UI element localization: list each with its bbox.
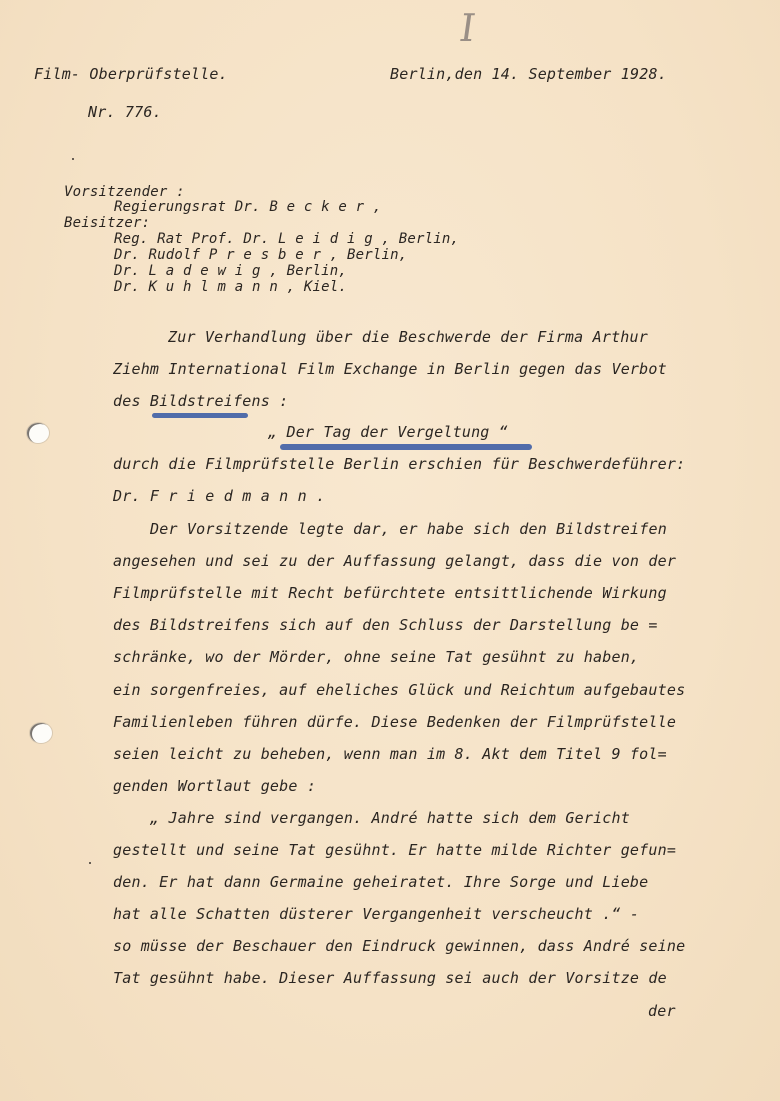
body-line: des Bildstreifens :	[113, 392, 288, 410]
body-line: Familienleben führen dürfe. Diese Bedenk…	[113, 713, 676, 731]
pencil-annotation: I	[457, 6, 478, 50]
body-line: so müsse der Beschauer den Eindruck gewi…	[113, 937, 685, 955]
body-line: angesehen und sei zu der Auffassung gela…	[113, 552, 676, 570]
body-line: des Bildstreifens sich auf den Schluss d…	[113, 616, 658, 634]
body-line: genden Wortlaut gebe :	[113, 777, 316, 795]
body-line: ein sorgenfreies, auf eheliches Glück un…	[113, 681, 685, 699]
blue-underline	[280, 444, 532, 450]
assessor-4: Dr. K u h l m a n n , Kiel.	[114, 278, 347, 296]
film-title: „ Der Tag der Vergeltung “	[268, 423, 508, 441]
document-page: I Film- Oberprüfstelle. Berlin,den 14. S…	[0, 0, 780, 1101]
catchword: der	[648, 1002, 676, 1020]
body-line: Zur Verhandlung über die Beschwerde der …	[168, 328, 648, 346]
punch-hole	[27, 423, 49, 443]
ink-speck	[72, 158, 74, 160]
blue-underline	[152, 413, 248, 418]
body-line: durch die Filmprüfstelle Berlin erschien…	[113, 455, 685, 473]
body-line: Tat gesühnt habe. Dieser Auffassung sei …	[113, 969, 667, 987]
ink-speck	[89, 862, 91, 864]
body-line: den. Er hat dann Germaine geheiratet. Ih…	[113, 873, 648, 891]
body-line: gestellt und seine Tat gesühnt. Er hatte…	[113, 841, 676, 859]
body-line: hat alle Schatten düsterer Vergangenheit…	[113, 905, 639, 923]
punch-hole	[30, 723, 52, 743]
body-line: Filmprüfstelle mit Recht befürchtete ent…	[113, 584, 667, 602]
place-date: Berlin,den 14. September 1928.	[390, 65, 667, 83]
authority-header: Film- Oberprüfstelle.	[34, 65, 228, 83]
body-line: Dr. F r i e d m a n n .	[113, 487, 325, 505]
body-line: Ziehm International Film Exchange in Ber…	[113, 360, 667, 378]
body-line: „ Jahre sind vergangen. André hatte sich…	[150, 809, 630, 827]
reference-number: Nr. 776.	[88, 103, 162, 121]
chair-name: Regierungsrat Dr. B e c k e r ,	[114, 198, 382, 216]
body-line: Der Vorsitzende legte dar, er habe sich …	[150, 520, 667, 538]
body-line: schränke, wo der Mörder, ohne seine Tat …	[113, 648, 639, 666]
body-line: seien leicht zu beheben, wenn man im 8. …	[113, 745, 667, 763]
